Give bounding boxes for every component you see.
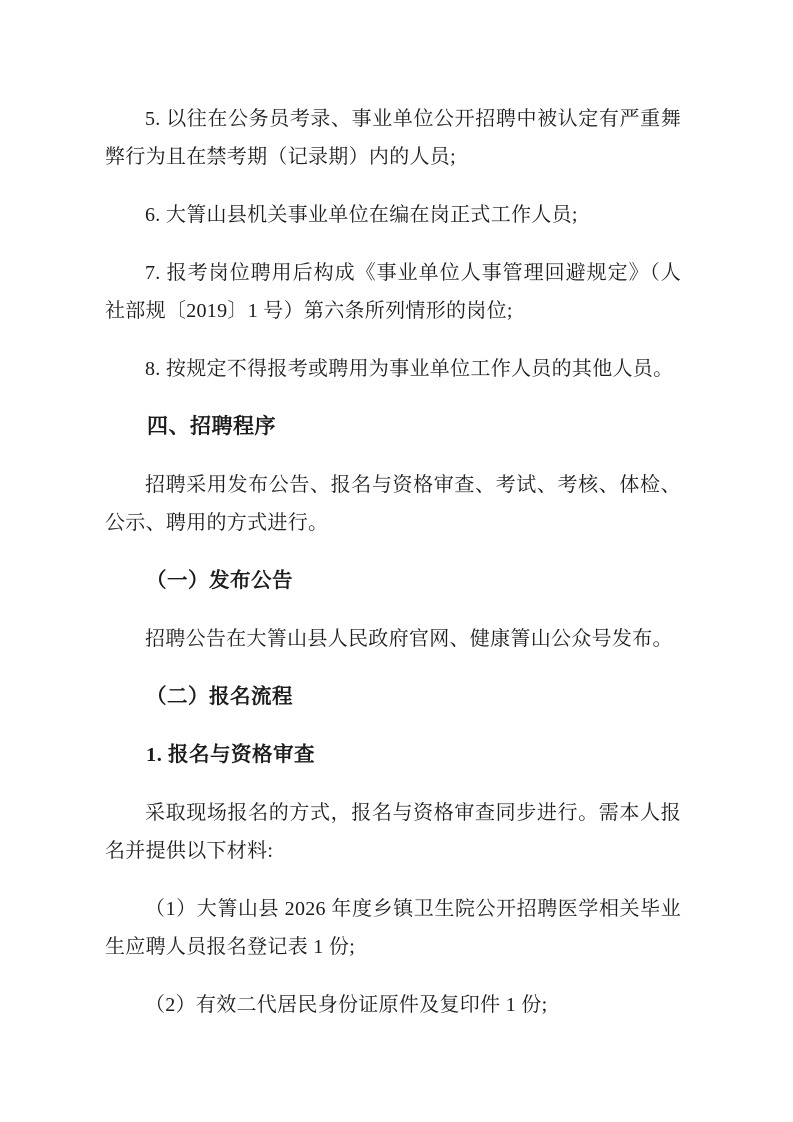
document-page: 5. 以往在公务员考录、事业单位公开招聘中被认定有严重舞弊行为且在禁考期（记录期…	[0, 0, 793, 1122]
material-item-2: （2）有效二代居民身份证原件及复印件 1 份;	[105, 986, 681, 1024]
material-item-1: （1）大箐山县 2026 年度乡镇卫生院公开招聘医学相关毕业生应聘人员报名登记表…	[105, 890, 681, 966]
disqualify-item-5: 5. 以往在公务员考录、事业单位公开招聘中被认定有严重舞弊行为且在禁考期（记录期…	[105, 100, 681, 176]
section-4-1-heading: （一）发布公告	[105, 562, 681, 600]
section-4-1-body: 招聘公告在大箐山县人民政府官网、健康箐山公众号发布。	[105, 620, 681, 658]
step-1-intro: 采取现场报名的方式，报名与资格审查同步进行。需本人报名并提供以下材料:	[105, 794, 681, 870]
document-body: 5. 以往在公务员考录、事业单位公开招聘中被认定有严重舞弊行为且在禁考期（记录期…	[105, 100, 681, 1024]
section-4-heading: 四、招聘程序	[105, 408, 681, 446]
disqualify-item-6: 6. 大箐山县机关事业单位在编在岗正式工作人员;	[105, 196, 681, 234]
section-4-intro: 招聘采用发布公告、报名与资格审查、考试、考核、体检、公示、聘用的方式进行。	[105, 466, 681, 542]
disqualify-item-7: 7. 报考岗位聘用后构成《事业单位人事管理回避规定》（人社部规〔2019〕1 号…	[105, 254, 681, 330]
step-1-heading: 1. 报名与资格审查	[105, 736, 681, 774]
section-4-2-heading: （二）报名流程	[105, 678, 681, 716]
disqualify-item-8: 8. 按规定不得报考或聘用为事业单位工作人员的其他人员。	[105, 350, 681, 388]
